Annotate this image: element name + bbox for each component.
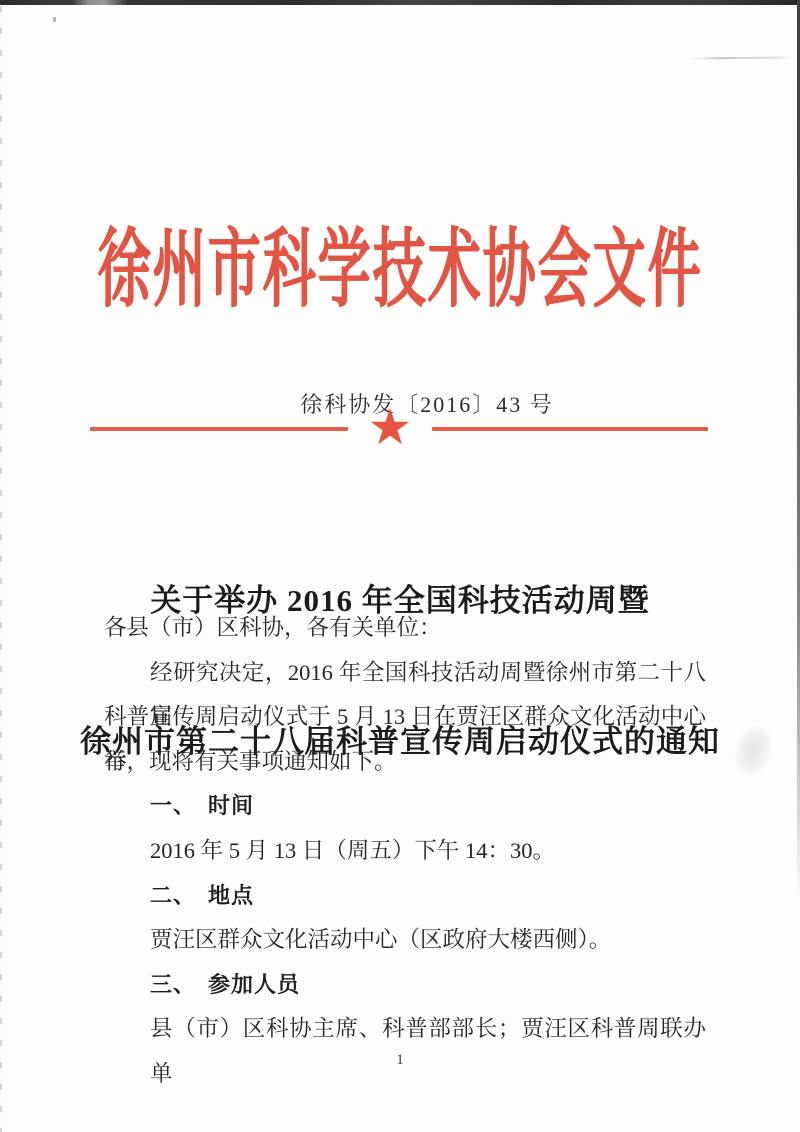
star-icon: ★: [368, 402, 413, 452]
scan-scratch-mark: [690, 56, 794, 59]
section3-heading: 三、 参加人员: [104, 963, 706, 1008]
rule-line-right: [432, 427, 708, 431]
doc-body: 各县（市）区科协，各有关单位： 经研究决定，2016 年全国科技活动周暨徐州市第…: [104, 606, 706, 1052]
star-box: ★: [348, 407, 432, 452]
section3-text: 县（市）区科协主席、科普部部长；贾汪区科普周联办单: [104, 1007, 706, 1052]
scanned-document-page: 徐州市科学技术协会文件 徐科协发〔2016〕43 号 ★ 关于举办 2016 年…: [0, 0, 800, 1132]
rule-line-left: [90, 427, 348, 431]
salutation-line: 各县（市）区科协，各有关单位：: [104, 606, 706, 651]
letterhead: 徐州市科学技术协会文件: [0, 216, 800, 310]
org-title: 徐州市科学技术协会文件: [98, 201, 703, 324]
section2-heading: 二、 地点: [104, 874, 706, 919]
section2-text: 贾汪区群众文化活动中心（区政府大楼西侧）。: [104, 918, 706, 963]
section1-heading: 一、 时间: [104, 784, 706, 829]
paragraph-line: 经研究决定，2016 年全国科技活动周暨徐州市第二十八届: [104, 651, 706, 696]
section1-text: 2016 年 5 月 13 日（周五）下午 14：30。: [104, 829, 706, 874]
scan-speck: [53, 17, 56, 22]
page-number: 1: [0, 1052, 800, 1069]
red-divider-rule: ★: [90, 407, 708, 451]
paragraph-line: 科普宣传周启动仪式于 5 月 13 日在贾汪区群众文化活动中心举: [104, 695, 706, 740]
paragraph-line: 行，现将有关事项通知如下。: [104, 740, 706, 785]
scan-edge-top: [0, 0, 800, 5]
